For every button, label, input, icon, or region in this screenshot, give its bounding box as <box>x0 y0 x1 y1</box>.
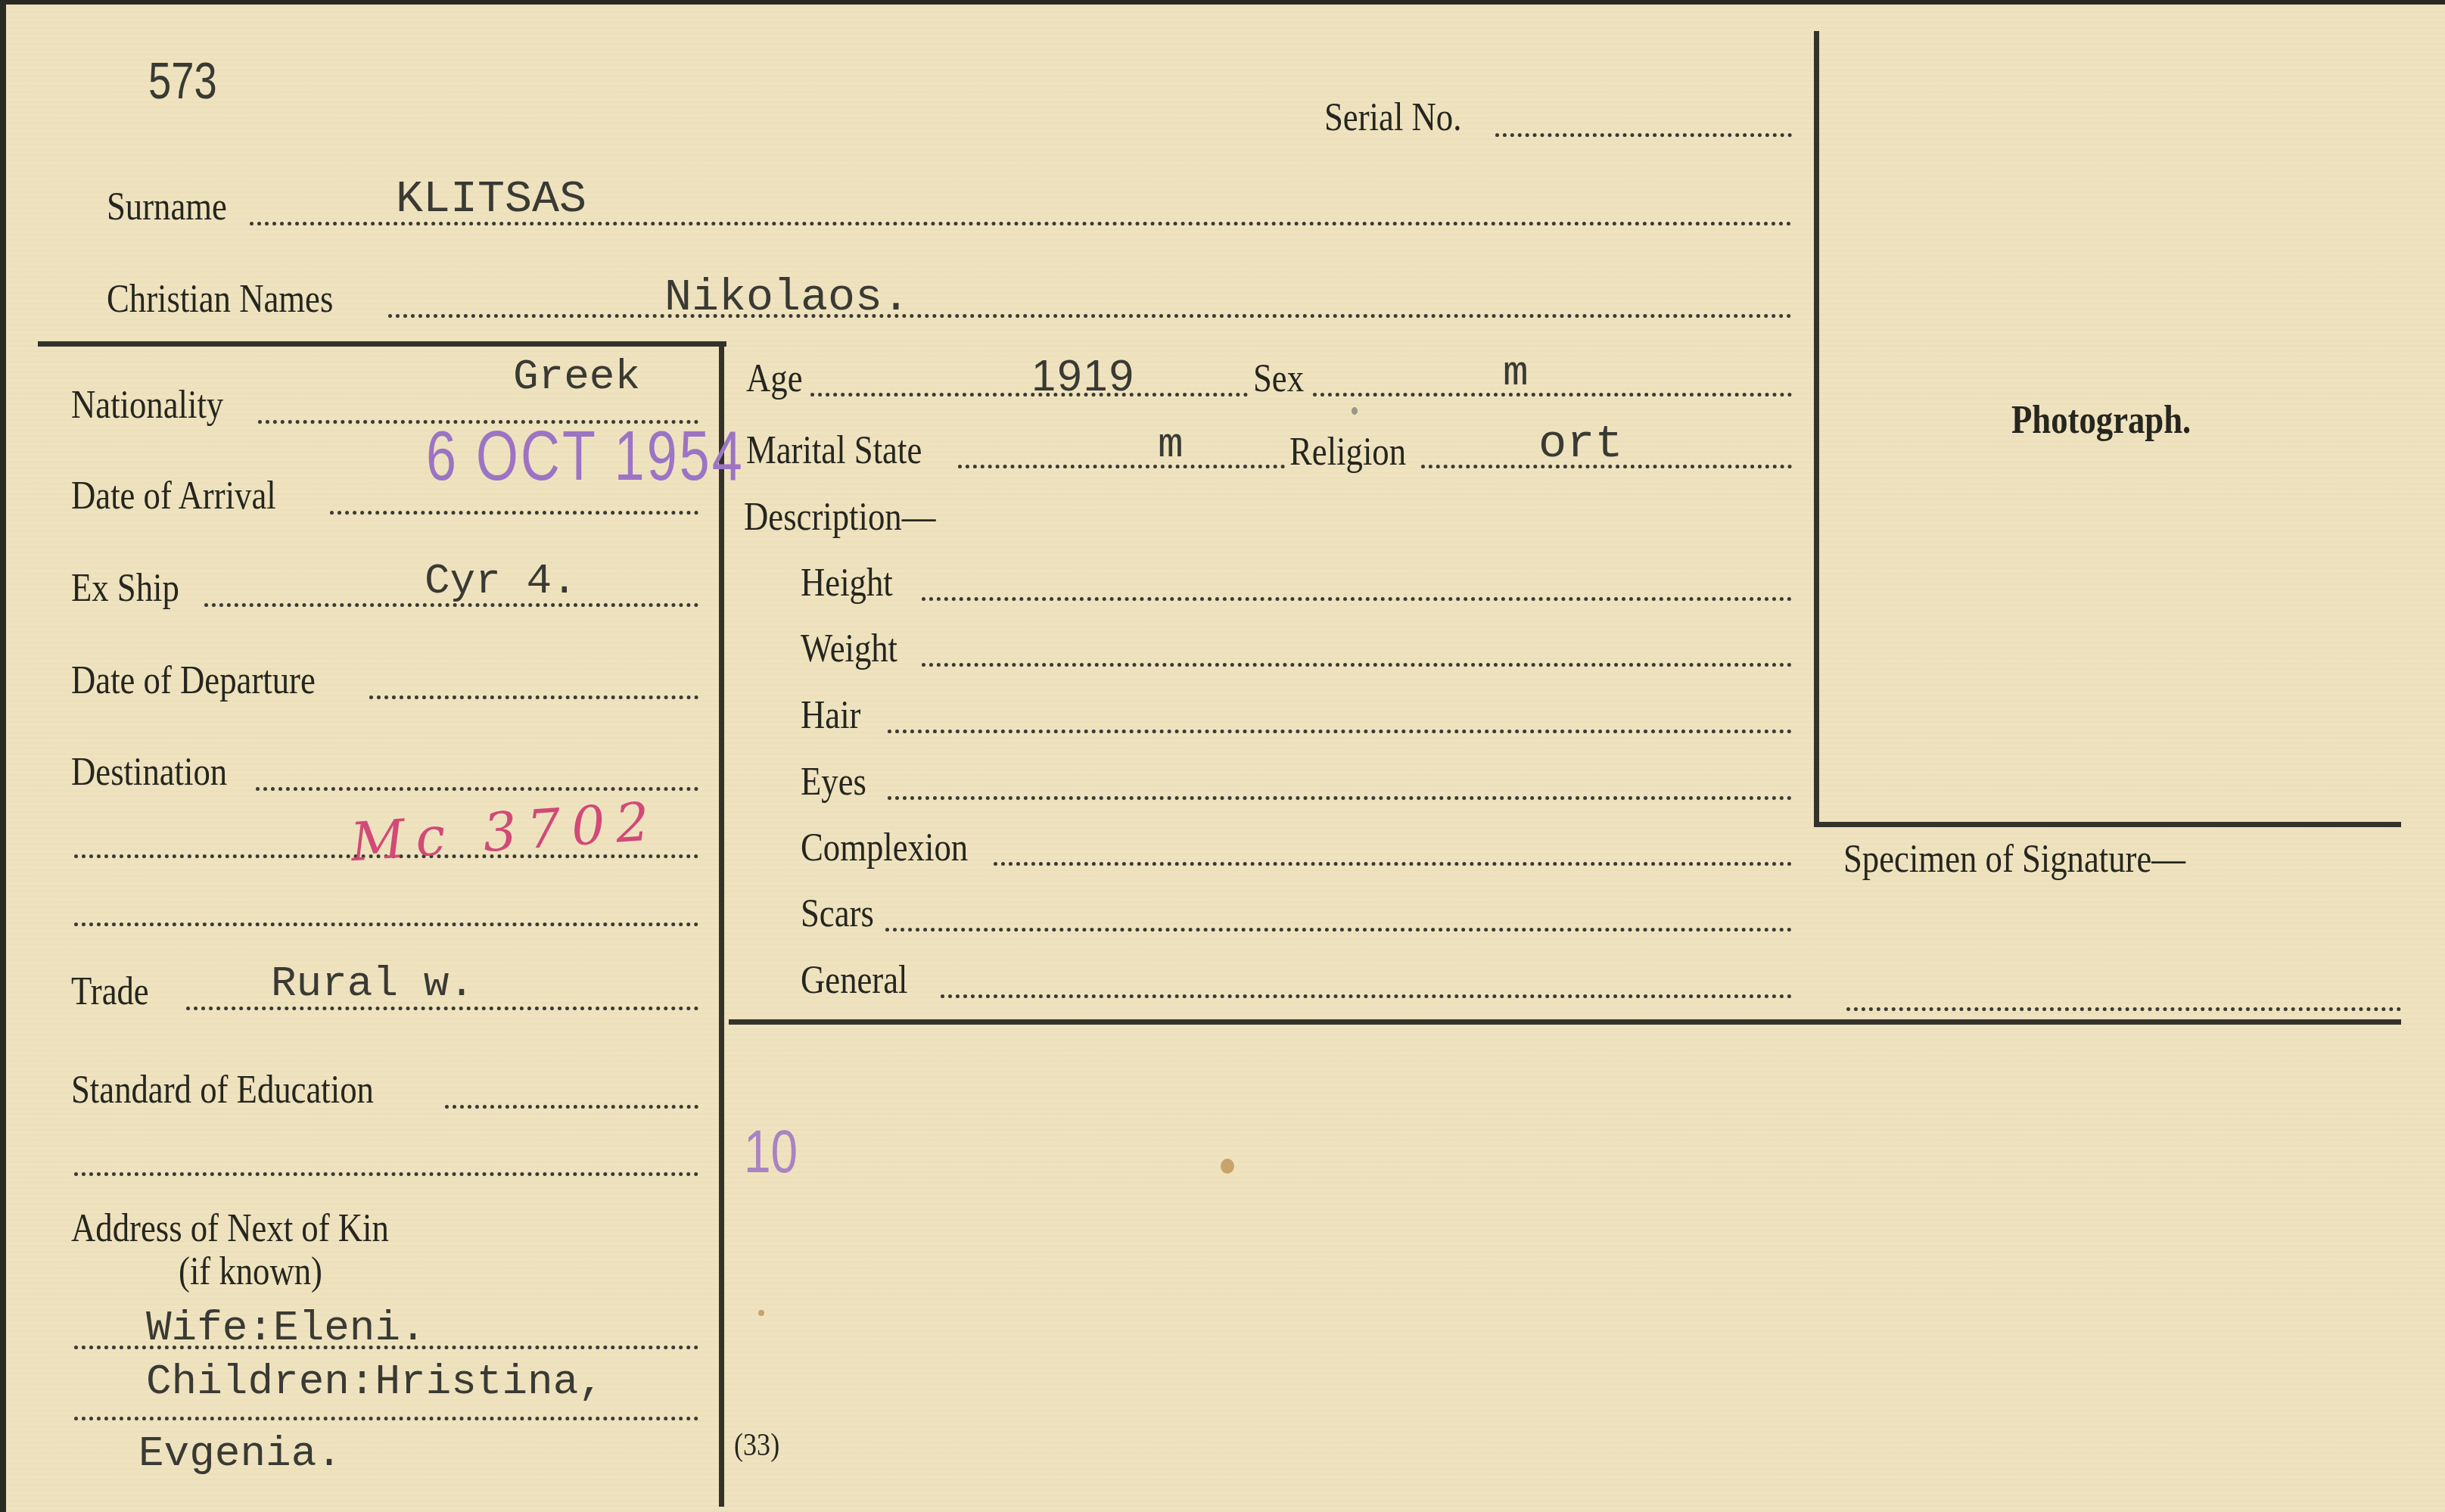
complexion-label: Complexion <box>801 826 968 870</box>
description-label: Description— <box>744 495 935 540</box>
trade-value: Rural w. <box>271 960 474 1008</box>
photograph-box[interactable] <box>1822 35 2397 820</box>
ex-ship-value: Cyr 4. <box>425 557 577 605</box>
christian-names-value: Nikolaos. <box>664 272 910 324</box>
sex-value: m <box>1503 349 1529 397</box>
hair-label: Hair <box>801 693 860 738</box>
form-number: (33) <box>734 1427 779 1464</box>
religion-label: Religion <box>1289 430 1406 474</box>
general-field[interactable] <box>941 994 1792 998</box>
height-label: Height <box>801 561 893 605</box>
scars-label: Scars <box>801 891 874 936</box>
marital-state-field[interactable] <box>958 465 1285 468</box>
eyes-field[interactable] <box>888 796 1792 800</box>
eyes-label: Eyes <box>801 760 866 804</box>
stamp-number: 10 <box>744 1117 798 1187</box>
card-number: 573 <box>148 51 217 110</box>
surname-label: Surname <box>107 185 227 229</box>
destination-field-line-3[interactable] <box>74 922 698 926</box>
signature-field[interactable] <box>1846 1007 2401 1011</box>
left-top-rule <box>38 341 726 347</box>
destination-pencil-note: Mc 3702 <box>349 790 662 873</box>
next-of-kin-label: Address of Next of Kin <box>71 1206 389 1251</box>
marital-state-label: Marital State <box>746 428 922 473</box>
paper-stain <box>1221 1159 1234 1174</box>
serial-no-label: Serial No. <box>1324 95 1461 140</box>
sex-label: Sex <box>1253 356 1304 401</box>
surname-value: KLITSAS <box>396 174 586 226</box>
trade-label: Trade <box>71 969 149 1014</box>
description-bottom-rule <box>729 1019 2401 1025</box>
complexion-field[interactable] <box>994 862 1792 866</box>
age-label: Age <box>746 356 803 401</box>
registration-card: 573 Serial No. Surname KLITSAS Christian… <box>0 0 2445 1512</box>
date-of-arrival-label: Date of Arrival <box>71 474 276 518</box>
destination-field[interactable] <box>256 787 698 791</box>
serial-no-field[interactable] <box>1495 133 1792 137</box>
weight-field[interactable] <box>922 663 1792 667</box>
nationality-label: Nationality <box>71 383 223 428</box>
middle-divider <box>719 341 724 1507</box>
age-field[interactable] <box>810 393 1248 397</box>
sex-field[interactable] <box>1313 393 1792 397</box>
hair-field[interactable] <box>888 730 1792 733</box>
scars-field[interactable] <box>885 928 1792 932</box>
standard-of-education-label: Standard of Education <box>71 1068 374 1112</box>
photo-box-bottom-rule <box>1814 822 2401 827</box>
date-of-departure-label: Date of Departure <box>71 658 316 703</box>
general-label: General <box>801 958 908 1003</box>
religion-value: ort <box>1538 417 1623 471</box>
next-of-kin-line-1: Wife:Eleni. <box>146 1304 426 1352</box>
marital-state-value: m <box>1158 421 1184 469</box>
next-of-kin-line-2: Children:Hristina, <box>146 1358 604 1406</box>
christian-names-field[interactable] <box>388 314 1792 318</box>
paper-stain <box>758 1310 764 1316</box>
date-of-departure-field[interactable] <box>369 695 698 699</box>
next-of-kin-sublabel: (if known) <box>179 1249 322 1294</box>
date-of-arrival-field[interactable] <box>330 511 698 515</box>
destination-label: Destination <box>71 750 227 795</box>
christian-names-label: Christian Names <box>107 277 333 322</box>
next-of-kin-field-line-2[interactable] <box>74 1417 698 1420</box>
ex-ship-label: Ex Ship <box>71 566 179 611</box>
age-value: 1919 <box>1031 350 1135 401</box>
signature-label: Specimen of Signature— <box>1843 837 2185 882</box>
photo-box-left-rule <box>1814 31 1819 826</box>
height-field[interactable] <box>922 597 1792 601</box>
paper-stain <box>1352 407 1358 415</box>
standard-of-education-field[interactable] <box>445 1105 698 1109</box>
next-of-kin-line-3: Evgenia. <box>138 1430 342 1478</box>
arrival-date-stamp: 6 OCT 1954 <box>426 417 745 496</box>
nationality-value: Greek <box>513 353 640 401</box>
weight-label: Weight <box>801 627 897 671</box>
standard-of-education-field-line-2[interactable] <box>74 1172 698 1176</box>
